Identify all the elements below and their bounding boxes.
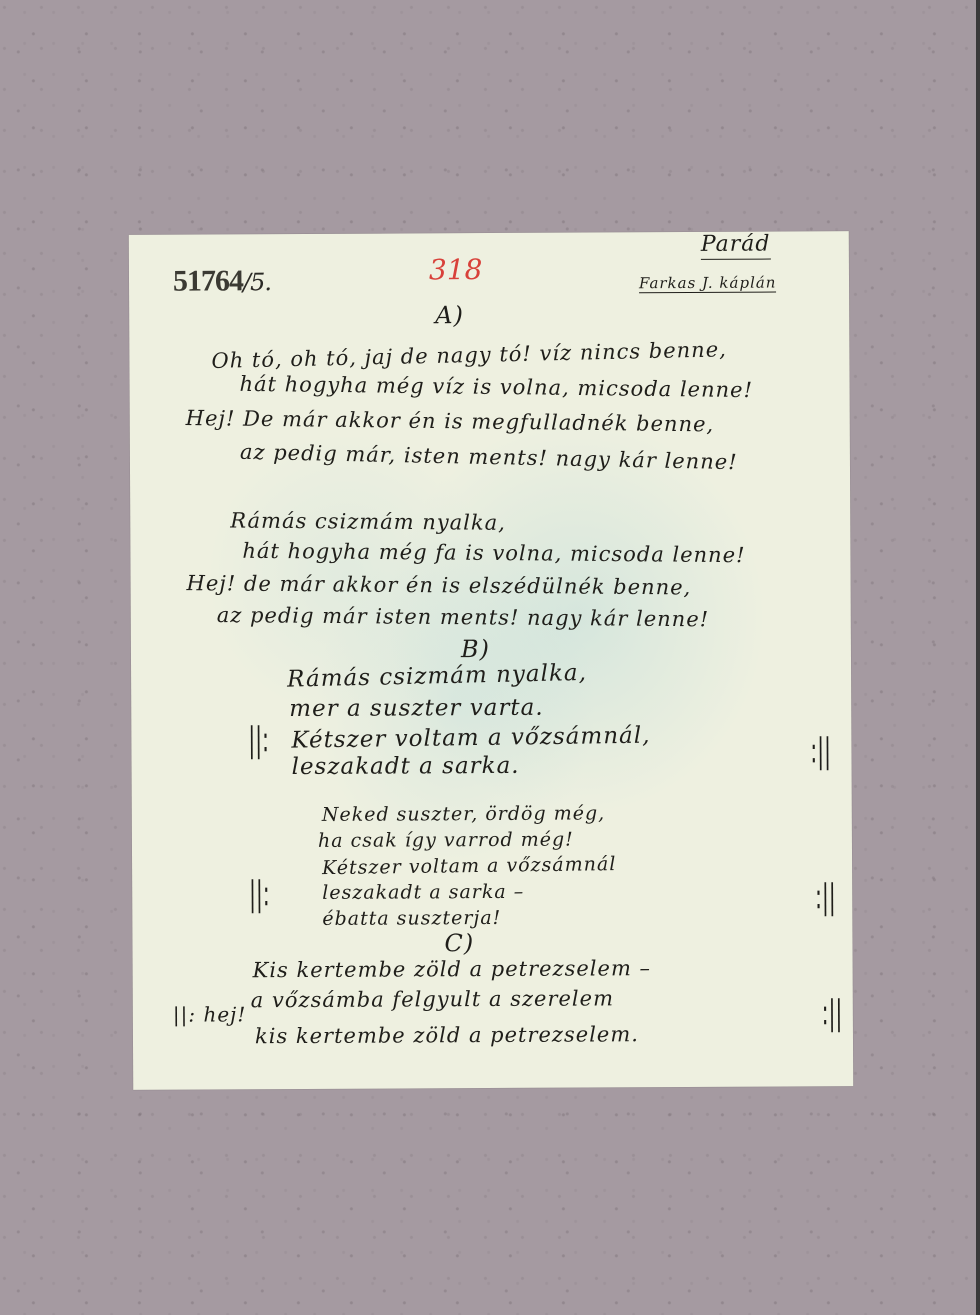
- song-line: Rámás csizmám nyalka,: [287, 660, 587, 693]
- archive-number: 51764: [173, 264, 243, 297]
- collector-note: Farkas J. káplán: [639, 274, 777, 293]
- repeat-end-mark: :||: [815, 877, 836, 917]
- repeat-end-mark: :||: [810, 731, 831, 771]
- repeat-start-mark: ||:: [249, 874, 270, 914]
- song-line: az pedig már isten ments! nagy kár lenne…: [217, 603, 710, 631]
- section-label-c: C): [444, 929, 474, 957]
- section-label-a: A): [435, 301, 464, 329]
- song-line: Kis kertembe zöld a petrezselem –: [253, 956, 652, 982]
- song-line: ébatta suszterja!: [322, 907, 501, 930]
- song-line: Neked suszter, ördög még,: [322, 802, 605, 825]
- archive-stamp: 51764/5.: [173, 264, 271, 299]
- song-line: Hej! de már akkor én is elszédülnék benn…: [187, 571, 692, 599]
- margin-note-hej: ||: hej!: [173, 1002, 247, 1026]
- song-line: leszakadt a sarka –: [322, 881, 524, 904]
- song-line: Hej! De már akkor én is megfulladnék ben…: [186, 406, 715, 436]
- song-line: Kétszer voltam a vőzsámnál: [322, 853, 617, 879]
- song-line: Oh tó, oh tó, jaj de nagy tó! víz nincs …: [211, 337, 727, 373]
- repeat-end-mark: :||: [822, 993, 843, 1033]
- song-line: az pedig már, isten ments! nagy kár lenn…: [240, 440, 738, 474]
- song-line: hát hogyha még fa is volna, micsoda lenn…: [242, 539, 745, 567]
- place-name: Parád: [701, 232, 771, 260]
- section-label-b: B): [461, 635, 490, 663]
- song-line: mer a suszter varta.: [289, 695, 544, 722]
- song-line: a vőzsámba felgyult a szerelem: [251, 986, 614, 1012]
- manuscript-sheet: 51764/5. 318 Parád Farkas J. káplán A) O…: [129, 231, 853, 1090]
- collector-name: Farkas J. káplán: [639, 274, 777, 294]
- song-line: kis kertembe zöld a petrezselem.: [255, 1022, 639, 1048]
- song-line: Kétszer voltam a vőzsámnál,: [291, 723, 650, 754]
- cardboard-edge: [976, 0, 980, 1315]
- song-line: leszakadt a sarka.: [291, 753, 519, 780]
- song-line: ha csak így varrod még!: [318, 829, 574, 852]
- archive-suffix: /5.: [243, 268, 271, 296]
- repeat-start-mark: ||:: [248, 720, 269, 760]
- song-line: Rámás csizmám nyalka,: [230, 508, 506, 534]
- song-line: hát hogyha még víz is volna, micsoda len…: [239, 372, 753, 402]
- page-number-red: 318: [429, 253, 483, 286]
